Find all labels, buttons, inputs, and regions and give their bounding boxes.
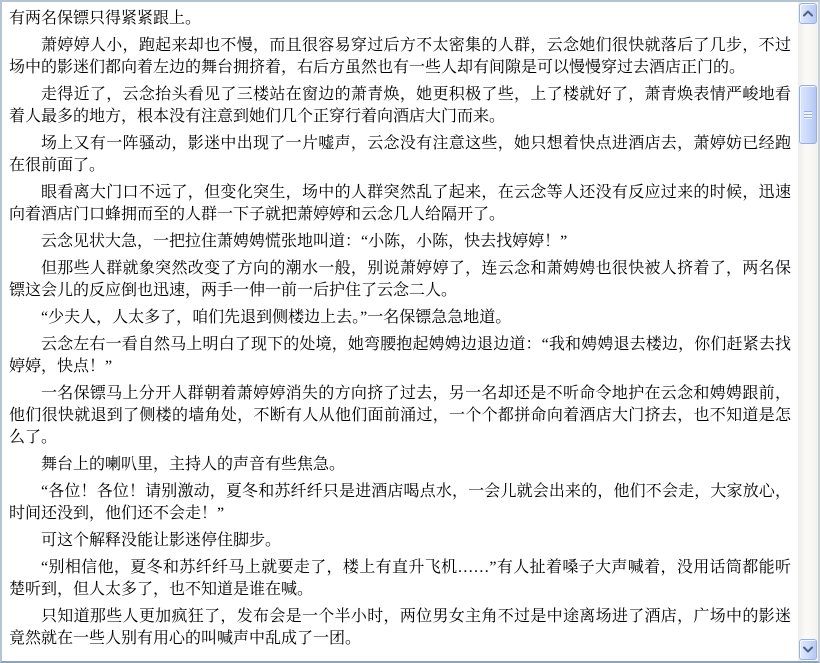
paragraph: 走得近了，云念抬头看见了三楼站在窗边的萧青焕，她更积极了些，上了楼就好了，萧青焕… xyxy=(9,84,791,128)
paragraph: 舞台上的喇叭里，主持人的声音有些焦急。 xyxy=(9,454,791,476)
paragraph: 一名保镖马上分开人群朝着萧婷婷消失的方向挤了过去，另一名却还是不听命令地护在云念… xyxy=(9,383,791,449)
paragraph: 有两名保镖只得紧紧跟上。 xyxy=(9,8,791,30)
paragraph: 云念左右一看自然马上明白了现下的处境，她弯腰抱起娉娉边退边道：“我和娉娉退去楼边… xyxy=(9,334,791,378)
thumb-grip-icon xyxy=(804,111,812,119)
paragraph: 场上又有一阵骚动，影迷中出现了一片嘘声，云念没有注意这些，她只想着快点进酒店去，… xyxy=(9,133,791,177)
scrollbar-thumb[interactable] xyxy=(799,85,817,144)
paragraph: “别相信他，夏冬和苏纤纤马上就要走了，楼上有直升飞机……”有人扯着嗓子大声喊着，… xyxy=(9,557,791,601)
novel-text: 有两名保镖只得紧紧跟上。萧婷婷人小，跑起来却也不慢，而且很容易穿过后方不太密集的… xyxy=(2,2,798,661)
paragraph: “各位！各位！请别激动，夏冬和苏纤纤只是进酒店喝点水，一会儿就会出来的，他们不会… xyxy=(9,481,791,525)
paragraph: 但那些人群就象突然改变了方向的潮水一般，别说萧婷婷了，连云念和萧娉娉也很快被人挤… xyxy=(9,258,791,302)
paragraph: 可这个解释没能让影迷停住脚步。 xyxy=(9,530,791,552)
paragraph: 萧婷婷人小，跑起来却也不慢，而且很容易穿过后方不太密集的人群，云念她们很快就落后… xyxy=(9,35,791,79)
scroll-down-button[interactable] xyxy=(799,639,817,660)
paragraph: 只知道那些人更加疯狂了，发布会是一个半小时，两位男女主角不过是中途离场进了酒店，… xyxy=(9,606,791,650)
paragraph: 眼看离大门口不远了，但变化突生，场中的人群突然乱了起来，在云念等人还没有反应过来… xyxy=(9,182,791,226)
reader-window: 有两名保镖只得紧紧跟上。萧婷婷人小，跑起来却也不慢，而且很容易穿过后方不太密集的… xyxy=(0,0,820,663)
paragraph: 云念见状大急，一把拉住萧娉娉慌张地叫道：“小陈，小陈，快去找婷婷！” xyxy=(9,231,791,253)
chevron-up-icon xyxy=(803,10,813,17)
vertical-scrollbar[interactable] xyxy=(798,2,818,661)
scroll-up-button[interactable] xyxy=(799,3,817,24)
chevron-down-icon xyxy=(803,646,813,653)
paragraph: “少夫人，人太多了，咱们先退到侧楼边上去。”一名保镖急急地道。 xyxy=(9,307,791,329)
